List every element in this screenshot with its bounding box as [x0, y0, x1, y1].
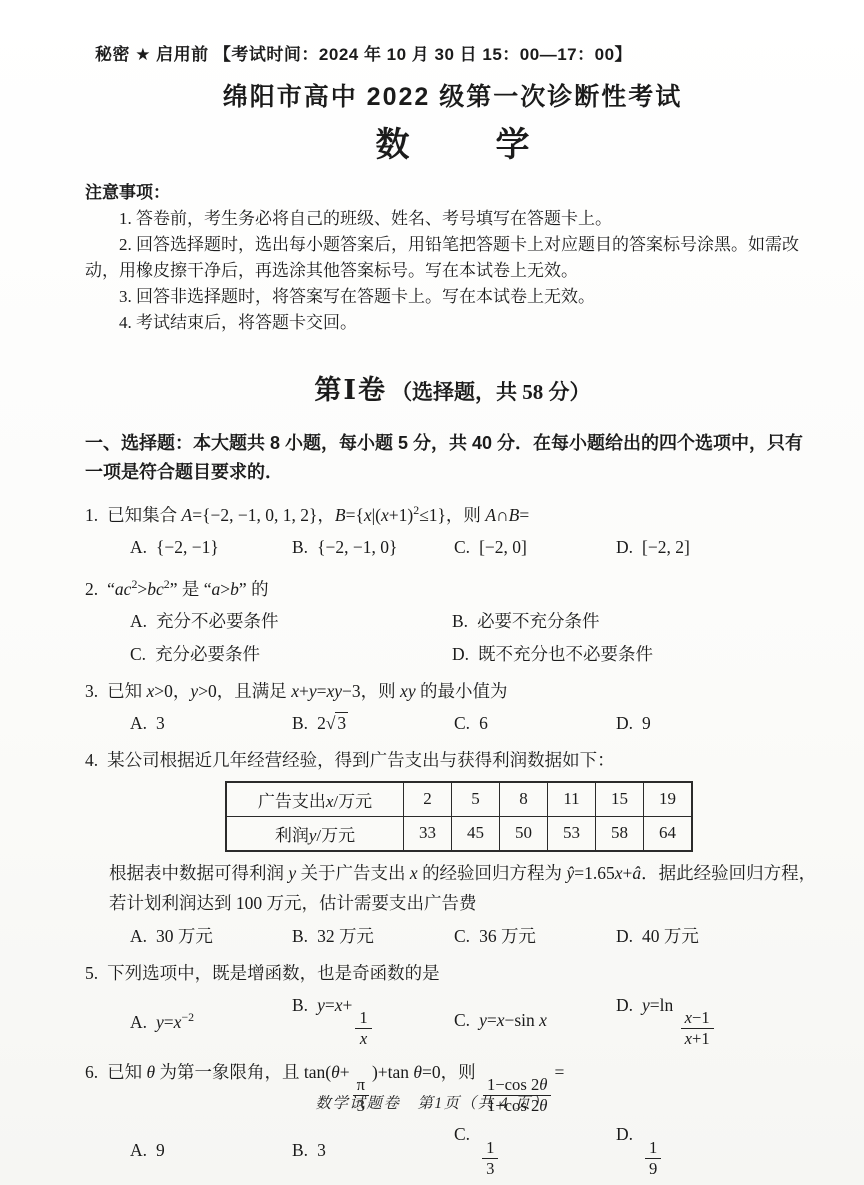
- table-cell: 50: [500, 816, 548, 851]
- question-3-options: A.3 B.2√3 C.6 D.9: [130, 709, 820, 737]
- q2-option-d-label: D.: [452, 644, 469, 664]
- q6-option-c-label: C.: [454, 1124, 470, 1144]
- q3-option-b-value: 2√3: [317, 712, 348, 733]
- q4-option-c-value: 36 万元: [479, 926, 536, 946]
- ad-profit-data-table: 广告支出x/万元 2 5 8 11 15 19 利润y/万元 33 45 50 …: [225, 781, 693, 852]
- q4-option-d: D.40 万元: [616, 922, 820, 950]
- section-1-volume: 第Ⅰ卷: [314, 375, 387, 405]
- exam-paper-page: 秘密 ★ 启用前 【考试时间：2024 年 10 月 30 日 15：00—17…: [0, 0, 864, 1185]
- notice-item-3: 3. 回答非选择题时，将答案写在答题卡上。写在本试卷上无效。: [85, 284, 820, 310]
- q3-option-d-value: 9: [642, 713, 651, 733]
- q2-option-a-label: A.: [130, 611, 147, 631]
- q6-option-a-label: A.: [130, 1140, 147, 1160]
- question-1-number: 1.: [85, 505, 98, 525]
- q2-option-b-label: B.: [452, 611, 468, 631]
- question-5-number: 5.: [85, 963, 98, 983]
- table-cell: 19: [644, 782, 693, 817]
- question-6-options: A.9 B.3 C.13 D.19: [130, 1120, 820, 1178]
- q3-option-b-label: B.: [292, 713, 308, 733]
- q1-option-b: B.{−2, −1, 0}: [292, 533, 454, 561]
- q5-option-b: B.y=x+1x: [292, 991, 454, 1049]
- q1-option-c-label: C.: [454, 537, 470, 557]
- question-2-options: A.充分不必要条件 B.必要不充分条件 C.充分必要条件 D.既不充分也不必要条…: [130, 607, 820, 668]
- q2-option-c: C.充分必要条件: [130, 640, 452, 668]
- q5-option-a-label: A.: [130, 1012, 147, 1032]
- q6-option-b-value: 3: [317, 1140, 326, 1160]
- q3-option-d-label: D.: [616, 713, 633, 733]
- q2-option-b: B.必要不充分条件: [452, 607, 820, 635]
- table-row: 广告支出x/万元 2 5 8 11 15 19: [226, 782, 692, 817]
- table-cell: 45: [452, 816, 500, 851]
- q6-option-d: D.19: [616, 1120, 820, 1178]
- q3-option-a-value: 3: [156, 713, 165, 733]
- q2-option-c-value: 充分必要条件: [155, 644, 260, 664]
- q6-option-a: A.9: [130, 1136, 292, 1164]
- notice-item-1: 1. 答卷前，考生务必将自己的班级、姓名、考号填写在答题卡上。: [85, 206, 820, 232]
- question-1-stem: 1.已知集合 A={−2, −1, 0, 1, 2}，B={x|(x+1)2≤1…: [85, 496, 820, 529]
- question-3-stem: 3.已知 x>0，y>0，且满足 x+y=xy−3，则 xy 的最小值为: [85, 677, 820, 705]
- q3-option-c-label: C.: [454, 713, 470, 733]
- q6-option-b: B.3: [292, 1136, 454, 1164]
- question-1-text: 已知集合 A={−2, −1, 0, 1, 2}，B={x|(x+1)2≤1}，…: [107, 505, 529, 525]
- q1-option-d: D.[−2, 2]: [616, 533, 820, 561]
- q2-option-b-value: 必要不充分条件: [477, 611, 600, 631]
- question-5-stem: 5.下列选项中，既是增函数，也是奇函数的是: [85, 959, 820, 987]
- q2-option-c-label: C.: [130, 644, 146, 664]
- q5-option-b-label: B.: [292, 995, 308, 1015]
- q3-option-d: D.9: [616, 709, 820, 737]
- q4-option-b-value: 32 万元: [317, 926, 374, 946]
- q4-option-d-value: 40 万元: [642, 926, 699, 946]
- question-5-text: 下列选项中，既是增函数，也是奇函数的是: [107, 963, 440, 983]
- section-1-heading: 第Ⅰ卷 （选择题，共 58 分）: [85, 368, 820, 407]
- question-2-number: 2.: [85, 579, 98, 599]
- table-cell: 33: [404, 816, 452, 851]
- notice-section: 注意事项： 1. 答卷前，考生务必将自己的班级、姓名、考号填写在答题卡上。 2.…: [85, 180, 820, 336]
- table-cell: 53: [548, 816, 596, 851]
- table-cell: 15: [596, 782, 644, 817]
- question-2-stem: 2.“ac2>bc2” 是 “a>b” 的: [85, 570, 820, 603]
- question-1: 1.已知集合 A={−2, −1, 0, 1, 2}，B={x|(x+1)2≤1…: [85, 496, 820, 561]
- q1-option-a-value: {−2, −1}: [156, 537, 219, 557]
- question-2: 2.“ac2>bc2” 是 “a>b” 的 A.充分不必要条件 B.必要不充分条…: [85, 570, 820, 668]
- table-cell: 8: [500, 782, 548, 817]
- q5-option-c: C.y=x−sin x: [454, 1006, 616, 1034]
- q4-option-a-value: 30 万元: [156, 926, 213, 946]
- page-content: 秘密 ★ 启用前 【考试时间：2024 年 10 月 30 日 15：00—17…: [0, 0, 864, 1179]
- table-row: 利润y/万元 33 45 50 53 58 64: [226, 816, 692, 851]
- table-row-header: 利润y/万元: [226, 816, 404, 851]
- q5-option-d-value: y=ln x−1x+1: [642, 995, 717, 1015]
- q5-option-c-label: C.: [454, 1010, 470, 1030]
- q5-option-c-value: y=x−sin x: [479, 1010, 547, 1030]
- q1-option-b-value: {−2, −1, 0}: [317, 537, 397, 557]
- question-3-text: 已知 x>0，y>0，且满足 x+y=xy−3，则 xy 的最小值为: [107, 681, 507, 701]
- question-6-number: 6.: [85, 1062, 98, 1082]
- question-4-number: 4.: [85, 750, 98, 770]
- section-1-subtitle: （选择题，共 58 分）: [391, 380, 591, 404]
- table-cell: 58: [596, 816, 644, 851]
- question-5-options: A.y=x−2 B.y=x+1x C.y=x−sin x D.y=ln x−1x…: [130, 991, 820, 1049]
- notice-item-4: 4. 考试结束后，将答题卡交回。: [85, 310, 820, 336]
- question-6-text: 已知 θ 为第一象限角，且 tan(θ+π3)+tan θ=0，则 1−cos …: [107, 1062, 564, 1082]
- table-cell: 11: [548, 782, 596, 817]
- q5-option-b-value: y=x+1x: [317, 995, 375, 1015]
- q3-option-c: C.6: [454, 709, 616, 737]
- q3-option-c-value: 6: [479, 713, 488, 733]
- question-4-text: 某公司根据近几年经营经验，得到广告支出与获得利润数据如下：: [107, 750, 615, 770]
- question-4-followup: 根据表中数据可得利润 y 关于广告支出 x 的经验回归方程为 ŷ=1.65x+â…: [109, 858, 820, 918]
- choice-section-intro: 一、选择题：本大题共 8 小题，每小题 5 分，共 40 分．在每小题给出的四个…: [85, 429, 820, 487]
- q1-option-c-value: [−2, 0]: [479, 537, 527, 557]
- q4-option-c-label: C.: [454, 926, 470, 946]
- q6-option-d-label: D.: [616, 1124, 633, 1144]
- question-2-text: “ac2>bc2” 是 “a>b” 的: [107, 579, 268, 599]
- q1-option-a-label: A.: [130, 537, 147, 557]
- q4-option-b: B.32 万元: [292, 922, 454, 950]
- q1-option-d-label: D.: [616, 537, 633, 557]
- question-1-options: A.{−2, −1} B.{−2, −1, 0} C.[−2, 0] D.[−2…: [130, 533, 820, 561]
- table-cell: 64: [644, 816, 693, 851]
- q1-option-a: A.{−2, −1}: [130, 533, 292, 561]
- q2-option-d: D.既不充分也不必要条件: [452, 640, 820, 668]
- question-4-stem: 4.某公司根据近几年经营经验，得到广告支出与获得利润数据如下：: [85, 746, 820, 774]
- q1-option-b-label: B.: [292, 537, 308, 557]
- q1-option-d-value: [−2, 2]: [642, 537, 690, 557]
- q6-option-c: C.13: [454, 1120, 616, 1178]
- q6-option-b-label: B.: [292, 1140, 308, 1160]
- q4-option-c: C.36 万元: [454, 922, 616, 950]
- q5-option-a-value: y=x−2: [156, 1012, 194, 1032]
- q4-option-d-label: D.: [616, 926, 633, 946]
- notice-heading: 注意事项：: [85, 180, 820, 206]
- q4-option-b-label: B.: [292, 926, 308, 946]
- q5-option-d: D.y=ln x−1x+1: [616, 991, 820, 1049]
- question-3-number: 3.: [85, 681, 98, 701]
- q3-option-b: B.2√3: [292, 709, 454, 737]
- security-line: 秘密 ★ 启用前 【考试时间：2024 年 10 月 30 日 15：00—17…: [95, 40, 820, 65]
- q2-option-a: A.充分不必要条件: [130, 607, 452, 635]
- q4-option-a-label: A.: [130, 926, 147, 946]
- q4-option-a: A.30 万元: [130, 922, 292, 950]
- q5-option-a: A.y=x−2: [130, 1003, 292, 1036]
- q2-option-d-value: 既不充分也不必要条件: [478, 644, 653, 664]
- notice-item-2: 2. 回答选择题时，选出每小题答案后，用铅笔把答题卡上对应题目的答案标号涂黑。如…: [85, 232, 820, 284]
- question-3: 3.已知 x>0，y>0，且满足 x+y=xy−3，则 xy 的最小值为 A.3…: [85, 677, 820, 737]
- q3-option-a-label: A.: [130, 713, 147, 733]
- exam-title: 绵阳市高中 2022 级第一次诊断性考试: [85, 77, 820, 113]
- q6-option-a-value: 9: [156, 1140, 165, 1160]
- exam-subject: 数 学: [85, 117, 820, 166]
- table-cell: 5: [452, 782, 500, 817]
- q5-option-d-label: D.: [616, 995, 633, 1015]
- question-4-options: A.30 万元 B.32 万元 C.36 万元 D.40 万元: [130, 922, 820, 950]
- table-cell: 2: [404, 782, 452, 817]
- questions-list: 1.已知集合 A={−2, −1, 0, 1, 2}，B={x|(x+1)2≤1…: [85, 496, 820, 1179]
- q2-option-a-value: 充分不必要条件: [156, 611, 279, 631]
- q3-option-a: A.3: [130, 709, 292, 737]
- question-6: 6.已知 θ 为第一象限角，且 tan(θ+π3)+tan θ=0，则 1−co…: [85, 1058, 820, 1179]
- page-footer: 数学试题卷 第1页（共 4 页）: [0, 1091, 864, 1113]
- q1-option-c: C.[−2, 0]: [454, 533, 616, 561]
- table-row-header: 广告支出x/万元: [226, 782, 404, 817]
- question-4: 4.某公司根据近几年经营经验，得到广告支出与获得利润数据如下： 广告支出x/万元…: [85, 746, 820, 950]
- q6-option-c-value: 13: [479, 1124, 501, 1144]
- question-5: 5.下列选项中，既是增函数，也是奇函数的是 A.y=x−2 B.y=x+1x C…: [85, 959, 820, 1049]
- q6-option-d-value: 19: [642, 1124, 664, 1144]
